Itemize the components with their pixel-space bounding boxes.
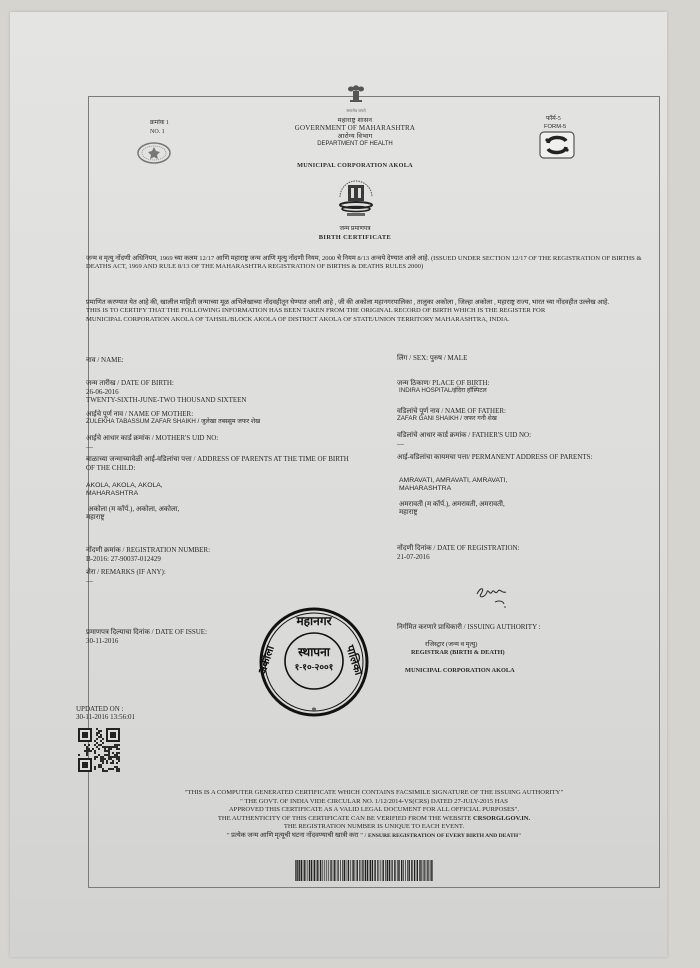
department-title: DEPARTMENT OF HEALTH (250, 140, 460, 149)
permanent-address-label: आई-वडिलांचा कायमचा पत्ता/ PERMANENT ADDR… (397, 453, 592, 462)
certify-marathi-2: अकोला , महाराष्ट्र राज्य, भारत च्या नोंद… (474, 299, 609, 306)
mother-uid-label: आईचे आधार कार्ड क्रमांक / MOTHER'S UID N… (86, 434, 218, 443)
issued-under-english-1: (ISSUED UNDER (431, 255, 481, 262)
national-emblem-icon (345, 84, 367, 106)
qr-code (78, 728, 120, 772)
birth-address-mr-2: महाराष्ट्र (86, 513, 104, 522)
svg-text:*: * (312, 706, 317, 717)
certify-english-2: MUNICIPAL CORPORATION AKOLA OF TAHSIL/BL… (86, 316, 510, 323)
crs-logo-icon (539, 131, 575, 159)
reg-no-label: नोंदणी क्रमांक / REGISTRATION NUMBER: (86, 546, 210, 555)
corporation-logo-icon (334, 171, 378, 221)
signature-image (473, 582, 513, 612)
footer-line-2: " THE GOVT. OF INDIA VIDE CIRCULAR NO. 1… (88, 798, 660, 807)
footer-line-3: APPROVED THIS CERTIFICATE AS A VALID LEG… (88, 806, 660, 815)
updated-value: 30-11-2016 13:56:01 (76, 713, 135, 722)
birth-address-label: बाळाच्या जन्माच्यावेळी आई-वडिलांचा पत्ता… (86, 455, 349, 464)
mother-value: ZULEKHA TABASSUM ZAFAR SHAIKH / जुलेखा त… (86, 418, 260, 427)
dob-words: TWENTY-SIXTH-JUNE-TWO THOUSAND SIXTEEN (86, 396, 246, 405)
father-uid-label: वडिलांचे आधार कार्ड क्रमांक / FATHER'S U… (397, 431, 531, 440)
pob-value: INDIRA HOSPITAL/इंदिरा हॉस्पिटल (399, 387, 487, 396)
mother-uid-value: — (86, 443, 93, 452)
footer-line-6: " प्रत्येक जन्म आणि मृत्यूची घटना नोंदवण… (88, 832, 660, 841)
birth-address-label-2: OF THE CHILD: (86, 464, 135, 473)
footer-line-1: "THIS IS A COMPUTER GENERATED CERTIFICAT… (88, 789, 660, 798)
sex-label: लिंग / SEX: पुरुष / MALE (397, 354, 467, 363)
official-stamp: * महानगर अकोला पालिका स्थापना १-१०-२००१ (258, 606, 370, 718)
permanent-address-en-2: MAHARASHTRA (399, 485, 451, 494)
footer-line-4: THE AUTHENTICITY OF THIS CERTIFICATE CAN… (88, 815, 660, 824)
remarks-value: — (86, 577, 93, 586)
issued-under-text: जन्म व मृत्यु नोंदणी अधिनियम, 1969 च्या … (86, 255, 660, 272)
footer-line-4-text: THE AUTHENTICITY OF THIS CERTIFICATE CAN… (218, 815, 473, 822)
name-label: नाव / NAME: (86, 356, 124, 365)
footer-notice: "THIS IS A COMPUTER GENERATED CERTIFICAT… (88, 789, 660, 841)
stamp-date-text: १-१०-२००१ (286, 662, 342, 673)
issuing-authority-label: निर्गमित करणारे प्राधिकारी / ISSUING AUT… (397, 623, 541, 632)
certificate-number: NO. 1 (150, 128, 165, 137)
issued-under-english-3: 2000) (408, 263, 423, 270)
number-marathi: क्रमांक 1 (150, 119, 169, 128)
certify-marathi-1: प्रमाणित करण्यात येत आहे की, खालील माहित… (86, 299, 473, 306)
registrar-title: REGISTRAR (BIRTH & DEATH) (411, 648, 505, 657)
permanent-address-mr-2: महाराष्ट्र (399, 508, 417, 517)
corporation-title: MUNICIPAL CORPORATION AKOLA (250, 161, 460, 170)
maharashtra-seal-icon (136, 141, 172, 165)
dob-label: जन्म तारीख / DATE OF BIRTH: (86, 379, 174, 388)
reg-date-label: नोंदणी दिनांक / DATE OF REGISTRATION: (397, 544, 520, 553)
certify-english-1: THIS IS TO CERTIFY THAT THE FOLLOWING IN… (86, 307, 545, 314)
birth-address-en-2: MAHARASHTRA (86, 490, 138, 499)
certify-text: प्रमाणित करण्यात येत आहे की, खालील माहित… (86, 299, 660, 324)
certificate-title: BIRTH CERTIFICATE (280, 233, 430, 242)
footer-line-6-english: ENSURE REGISTRATION OF EVERY BIRTH AND D… (368, 833, 521, 839)
issued-under-marathi: जन्म व मृत्यु नोंदणी अधिनियम, 1969 च्या … (86, 255, 429, 262)
remarks-label: शेरा / REMARKS (IF ANY): (86, 568, 166, 577)
verification-website-link[interactable]: CRSORGI.GOV.IN. (473, 815, 530, 822)
father-value: ZAFAR GANI SHAIKH / जफर गनी शेख (397, 415, 497, 424)
footer-line-6-marathi: " प्रत्येक जन्म आणि मृत्यूची घटना नोंदवण… (227, 832, 368, 839)
stamp-center-text: स्थापना (288, 645, 340, 659)
reg-no-value: B-2016: 27-90037-012429 (86, 555, 161, 564)
reg-date-value: 21-07-2016 (397, 553, 430, 562)
issue-date-value: 30-11-2016 (86, 637, 118, 646)
issue-date-label: प्रमाणपत्र दिल्याचा दिनांक / DATE OF ISS… (86, 628, 207, 637)
footer-line-5: THE REGISTRATION NUMBER IS UNIQUE TO EAC… (88, 823, 660, 832)
stamp-top-text: महानगर (288, 614, 340, 628)
authority-org: MUNICIPAL CORPORATION AKOLA (405, 666, 515, 675)
barcode (295, 860, 435, 881)
emblem-caption: सत्यमेव जयते (330, 106, 382, 115)
father-uid-value: — (397, 440, 404, 449)
